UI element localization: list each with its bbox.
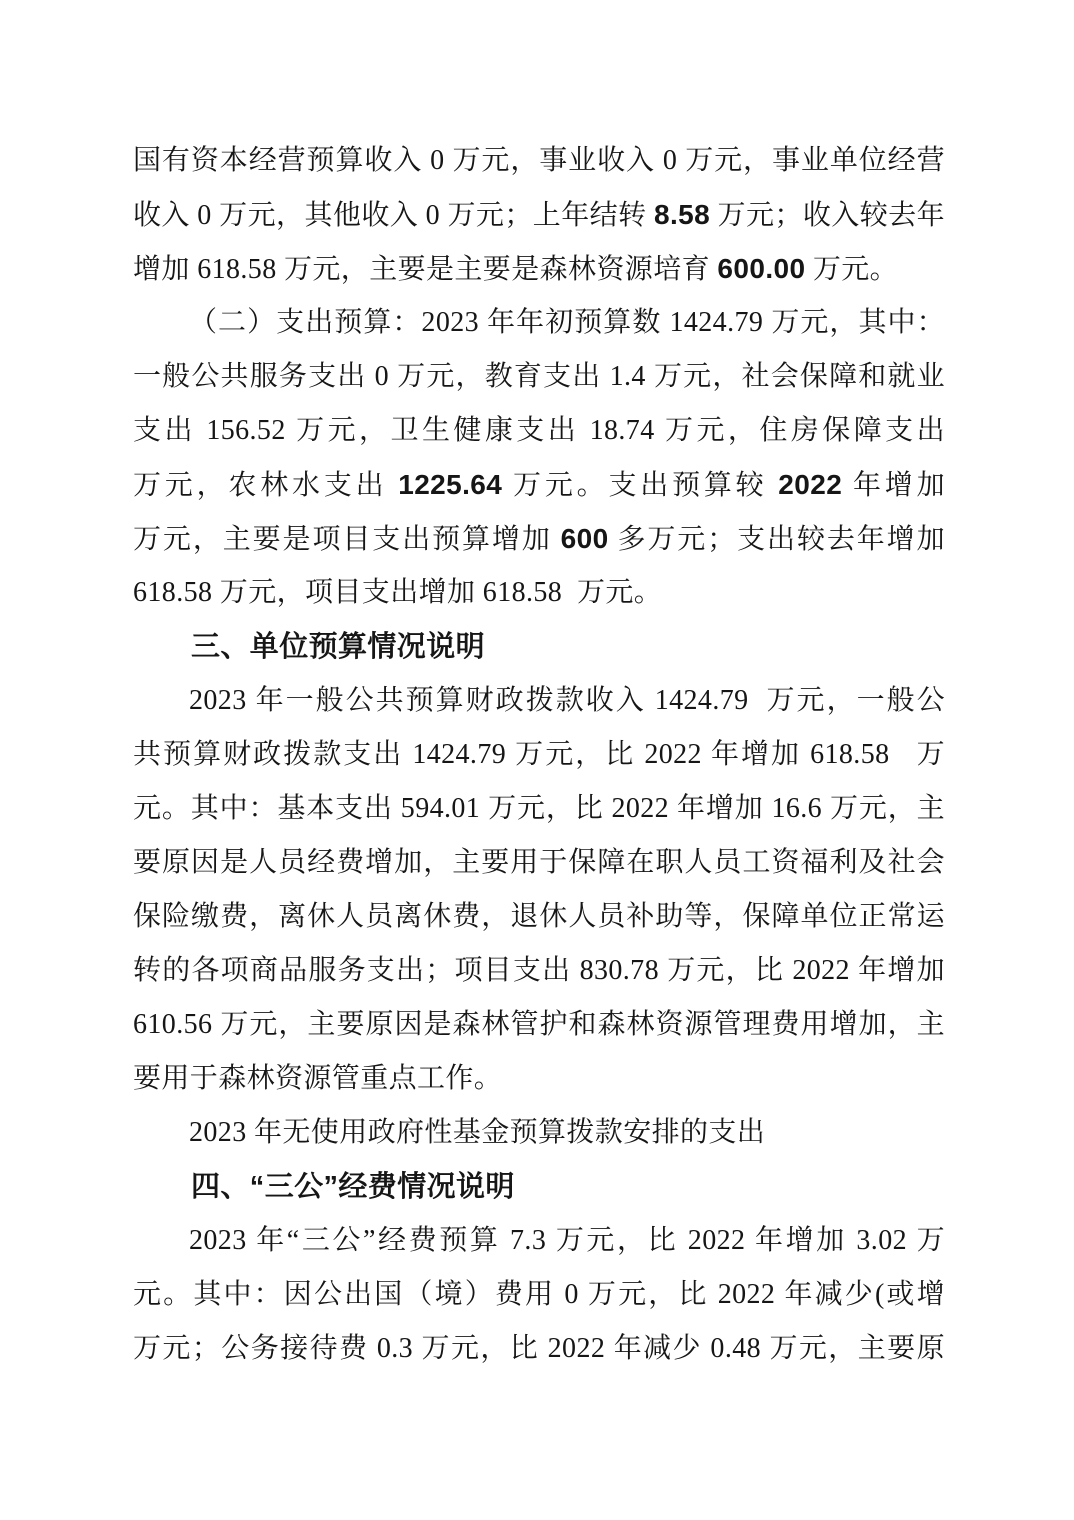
text-run: 收入 0 万元，其他收入 0 万元；上年结转 — [133, 200, 654, 231]
bold-number: 2022 — [778, 469, 842, 500]
document-page: 国有资本经营预算收入 0 万元，事业收入 0 万元，事业单位经营收入 0 万元，… — [0, 0, 1074, 1520]
text-run: 一般公共服务支出 0 万元，教育支出 1.4 万元，社会保障和就业 — [133, 361, 945, 392]
section-heading: 三、单位预算情况说明 — [133, 620, 945, 674]
text-line: 2023 年“三公”经费预算 7.3 万元，比 2022 年增加 3.02 万 — [133, 1214, 945, 1268]
text-line: （二）支出预算：2023 年年初预算数 1424.79 万元，其中： — [133, 296, 945, 350]
text-line: 610.56 万元，主要原因是森林管护和森林资源管理费用增加，主 — [133, 998, 945, 1052]
text-line: 共预算财政拨款支出 1424.79 万元，比 2022 年增加 618.58 万 — [133, 728, 945, 782]
text-run: 610.56 万元，主要原因是森林管护和森林资源管理费用增加，主 — [133, 1009, 945, 1040]
document-body: 国有资本经营预算收入 0 万元，事业收入 0 万元，事业单位经营收入 0 万元，… — [133, 134, 945, 1376]
paragraph: 国有资本经营预算收入 0 万元，事业收入 0 万元，事业单位经营收入 0 万元，… — [133, 134, 945, 296]
text-run: 多万元；支出较去年增加 — [609, 524, 945, 555]
bold-number: 8.58 — [654, 199, 710, 230]
section-heading: 四、“三公”经费情况说明 — [133, 1160, 945, 1214]
bold-number: 600.00 — [717, 253, 805, 284]
text-line: 一般公共服务支出 0 万元，教育支出 1.4 万元，社会保障和就业 — [133, 350, 945, 404]
text-run: 万元。支出预算较 — [502, 470, 778, 501]
text-run: 支出 156.52 万元，卫生健康支出 18.74 万元，住房保障支出 22.4… — [133, 415, 945, 458]
text-run: 要用于森林资源管重点工作。 — [133, 1063, 502, 1094]
text-line: 要原因是人员经费增加，主要用于保障在职人员工资福利及社会 — [133, 836, 945, 890]
text-run: 增加 618.58 万元，主要是主要是森林资源培育 — [133, 254, 717, 285]
text-line: 国有资本经营预算收入 0 万元，事业收入 0 万元，事业单位经营 — [133, 134, 945, 188]
text-run: 2023 年无使用政府性基金预算拨款安排的支出 — [189, 1117, 765, 1148]
text-run: 年增加 — [842, 470, 945, 501]
heading-line: 四、“三公”经费情况说明 — [133, 1160, 945, 1214]
text-run: 转的各项商品服务支出；项目支出 830.78 万元，比 2022 年增加 — [133, 955, 945, 986]
paragraph: 2023 年无使用政府性基金预算拨款安排的支出 — [133, 1106, 945, 1160]
text-run: 万元。 — [805, 254, 898, 285]
text-line: 618.58 万元，项目支出增加 618.58 万元。 — [133, 566, 945, 620]
text-line: 支出 156.52 万元，卫生健康支出 18.74 万元，住房保障支出 22.4… — [133, 404, 945, 458]
text-run: 国有资本经营预算收入 0 万元，事业收入 0 万元，事业单位经营 — [133, 145, 945, 176]
text-line: 元。其中：基本支出 594.01 万元，比 2022 年增加 16.6 万元，主 — [133, 782, 945, 836]
bold-number: 1225.64 — [398, 469, 502, 500]
bold-number: 600 — [561, 523, 609, 554]
text-line: 增加 618.58 万元，主要是主要是森林资源培育 600.00 万元。 — [133, 242, 945, 296]
text-line: 转的各项商品服务支出；项目支出 830.78 万元，比 2022 年增加 — [133, 944, 945, 998]
paragraph: 2023 年“三公”经费预算 7.3 万元，比 2022 年增加 3.02 万元… — [133, 1214, 945, 1376]
text-line: 2023 年无使用政府性基金预算拨款安排的支出 — [133, 1106, 945, 1160]
text-run: 万元，主要是项目支出预算增加 — [133, 524, 561, 555]
text-line: 万元，农林水支出 1225.64 万元。支出预算较 2022 年增加 618.5… — [133, 458, 945, 512]
text-run: 元。其中：基本支出 594.01 万元，比 2022 年增加 16.6 万元，主 — [133, 793, 945, 824]
text-run: （二）支出预算：2023 年年初预算数 1424.79 万元，其中： — [189, 307, 945, 338]
text-run: 万元，农林水支出 — [133, 470, 398, 501]
text-run: 保险缴费，离休人员离休费，退休人员补助等，保障单位正常运 — [133, 901, 945, 932]
paragraph: （二）支出预算：2023 年年初预算数 1424.79 万元，其中：一般公共服务… — [133, 296, 945, 620]
text-run: 万元；收入较去年 — [710, 200, 945, 231]
text-run: 元。其中：因公出国（境）费用 0 万元，比 2022 年减少(或增加)0 — [133, 1279, 945, 1322]
heading-line: 三、单位预算情况说明 — [133, 620, 945, 674]
text-run: 共预算财政拨款支出 1424.79 万元，比 2022 年增加 618.58 万 — [133, 739, 945, 770]
text-line: 2023 年一般公共预算财政拨款收入 1424.79 万元，一般公 — [133, 674, 945, 728]
text-run: 2023 年“三公”经费预算 7.3 万元，比 2022 年增加 3.02 万 — [189, 1225, 945, 1256]
text-run: 2023 年一般公共预算财政拨款收入 1424.79 万元，一般公 — [189, 685, 945, 716]
text-run: 万元；公务接待费 0.3 万元，比 2022 年减少 0.48 万元，主要原因 — [133, 1333, 945, 1376]
text-run: 四、“三公”经费情况说明 — [191, 1171, 515, 1203]
text-run: 三、单位预算情况说明 — [191, 631, 485, 663]
text-line: 保险缴费，离休人员离休费，退休人员补助等，保障单位正常运 — [133, 890, 945, 944]
text-line: 要用于森林资源管重点工作。 — [133, 1052, 945, 1106]
text-line: 万元，主要是项目支出预算增加 600 多万元；支出较去年增加 — [133, 512, 945, 566]
paragraph: 2023 年一般公共预算财政拨款收入 1424.79 万元，一般公共预算财政拨款… — [133, 674, 945, 1106]
text-line: 万元；公务接待费 0.3 万元，比 2022 年减少 0.48 万元，主要原因 — [133, 1322, 945, 1376]
text-run: 618.58 万元，项目支出增加 618.58 万元。 — [133, 577, 662, 608]
text-line: 元。其中：因公出国（境）费用 0 万元，比 2022 年减少(或增加)0 — [133, 1268, 945, 1322]
text-line: 收入 0 万元，其他收入 0 万元；上年结转 8.58 万元；收入较去年 — [133, 188, 945, 242]
text-run: 要原因是人员经费增加，主要用于保障在职人员工资福利及社会 — [133, 847, 945, 878]
